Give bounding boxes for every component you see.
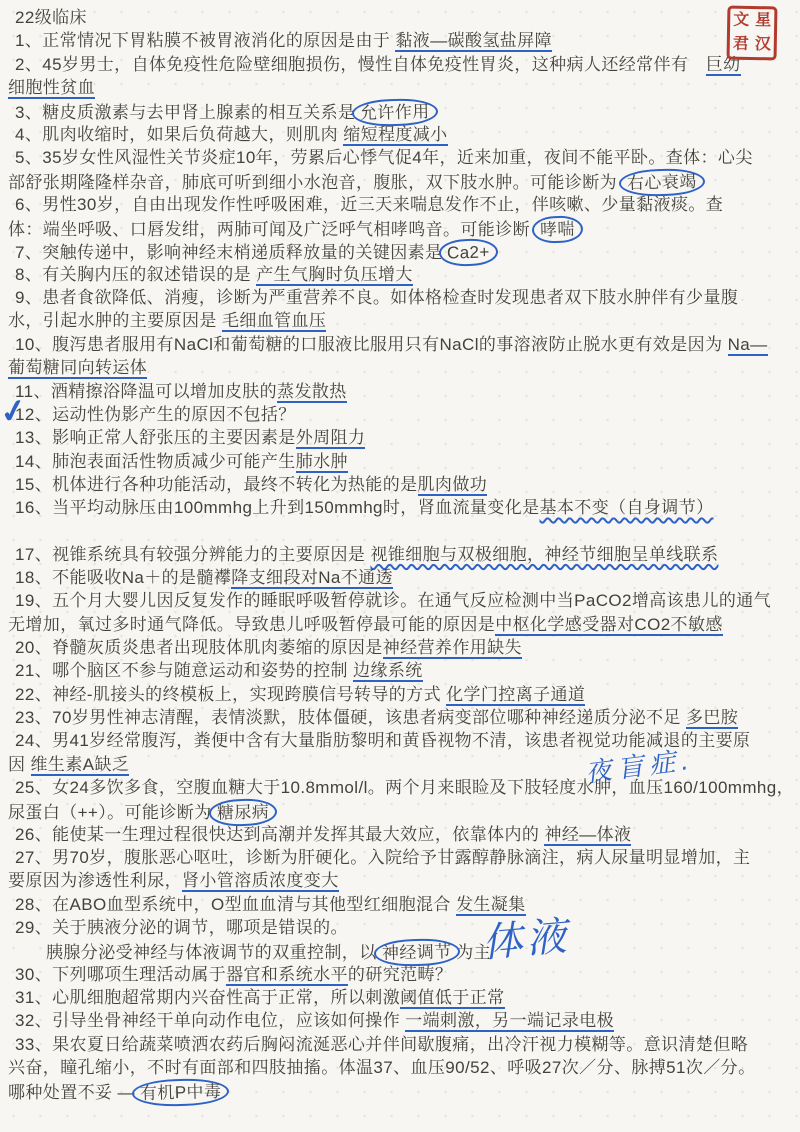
answer-underlined: 产生气胸时负压增大 [256, 265, 413, 286]
question-text: 14、肺泡表面活性物质减少可能产生 [15, 452, 296, 471]
text-line: 21、哪个脑区不参与随意运动和姿势的控制 边缘系统 [8, 659, 794, 682]
text-line: 无增加，氧过多时通气降低。导致患儿呼吸暂停最可能的原因是中枢化学感受器对CO2不… [8, 613, 794, 636]
answer-underlined: 缩短程度减小 [343, 125, 447, 146]
text-line: 25、女24多饮多食，空腹血糖大于10.8mmol/l。两个月来眼睑及下肢轻度水… [8, 776, 794, 799]
text-line: 水，引起水肿的主要原因是 毛细血管血压 [8, 309, 794, 332]
question-text: 13、影响正常人舒张压的主要因素是 [15, 428, 296, 447]
text-line: 31、心肌细胞超常期内兴奋性高于正常，所以刺激阈值低于正常 [8, 986, 794, 1009]
text-line: 兴奋，瞳孔缩小，不时有面部和四肢抽搐。体温37、血压90/52、呼吸27次／分、… [8, 1056, 794, 1079]
text-line: 23、70岁男性神志清醒，表情淡默，肢体僵硬，该患者病变部位哪种神经递质分泌不足… [8, 706, 794, 729]
answer-underlined: 降支细段对Na不通透 [231, 568, 393, 589]
question-text: 32、引导坐骨神经干单向动作电位，应该如何操作 [15, 1011, 405, 1030]
question-text: 12、运动性伪影产生的原因不包括？ [15, 405, 296, 424]
text-line: 4、肌肉收缩时，如果后负荷越大，则肌肉 缩短程度减小 [8, 123, 794, 146]
question-text: 8、有关胸内压的叙述错误的是 [15, 265, 256, 284]
question-text: 无增加，氧过多时通气降低。导致患儿呼吸暂停最可能的原因是 [8, 615, 495, 634]
question-text: 水，引起水肿的主要原因是 [8, 311, 222, 330]
text-line: 体：端坐呼吸、口唇发绀，两肺可闻及广泛呼气相哮鸣音。可能诊断 哮喘 [8, 216, 794, 239]
question-text: 33、果农夏日给蔬菜喷洒农药后胸闷流涎恶心并伴间歇腹痛，出冷汗视力模糊等。意识清… [15, 1035, 748, 1054]
question-text: 19、五个月大婴儿因反复发作的睡眠呼吸暂停就诊。在通气反应检测中当PaCO2增高… [15, 591, 771, 610]
text-line: 3、糖皮质激素与去甲肾上腺素的相互关系是允许作用 [8, 99, 794, 122]
text-line: 17、视锥系统具有较强分辨能力的主要原因是 视锥细胞与双极细胞，神经节细胞呈单线… [8, 543, 794, 566]
text-line: 30、下列哪项生理活动属于器官和系统水平的研究范畴？ [8, 963, 794, 986]
question-text: 部舒张期隆隆样杂音，肺底可听到细小水泡音，腹胀，双下肢水肿。可能诊断为 [8, 173, 622, 192]
text-line: 15、机体进行各种功能活动，最终不转化为热能的是肌肉做功 [8, 473, 794, 496]
seal-char: 文 [733, 13, 749, 29]
answer-underlined: 一端刺激，另一端记录电极 [405, 1011, 614, 1032]
text-line: 葡萄糖同向转运体 [8, 356, 794, 379]
answer-underlined: 蒸发散热 [277, 382, 347, 403]
text-line: 部舒张期隆隆样杂音，肺底可听到细小水泡音，腹胀，双下肢水肿。可能诊断为 右心衰竭 [8, 169, 794, 192]
text-line: 7、突触传递中，影响神经末梢递质释放量的关键因素是Ca2+ [8, 239, 794, 262]
question-text: 16、当平均动脉压由100mmhg上升到150mmhg时，肾血流量变化是 [15, 498, 540, 517]
seal-char: 君 [733, 37, 749, 53]
question-text: 的研究范畴？ [348, 965, 452, 984]
answer-underlined: 肺水肿 [296, 452, 348, 473]
answer-underlined: 边缘系统 [353, 661, 423, 682]
answer-underlined: 毛细血管血压 [222, 311, 326, 332]
text-line: 14、肺泡表面活性物质减少可能产生肺水肿 [8, 450, 794, 473]
question-text: 10、腹泻患者服用有NaCl和葡萄糖的口服液比服用只有NaCl的事溶液防止脱水更… [15, 335, 728, 354]
text-line: 尿蛋白（++）。可能诊断为糖尿病 [8, 799, 794, 822]
question-text: 18、不能吸收Na＋的是髓襻 [15, 568, 231, 587]
answer-underlined: 器官和系统水平 [226, 965, 348, 986]
text-line: 哪种处置不妥 —有机P中毒 [8, 1079, 794, 1102]
question-text: 26、能使某一生理过程很快达到高潮并发挥其最大效应，依靠体内的 [15, 825, 544, 844]
text-line: 16、当平均动脉压由100mmhg上升到150mmhg时，肾血流量变化是基本不变… [8, 496, 794, 519]
question-text: 2、45岁男士，自体免疫性危险壁细胞损伤，慢性自体免疫性胃炎，这种病人还经常伴有 [15, 55, 706, 74]
question-text: 9、患者食欲降低、消瘦，诊断为严重营养不良。如体格检查时发现患者双下肢水肿伴有少… [15, 288, 738, 307]
question-text: 哪种处置不妥 — [8, 1083, 135, 1102]
answer-underlined: 维生素A缺乏 [31, 755, 130, 776]
seal-char: 汉 [755, 37, 771, 53]
question-text: 30、下列哪项生理活动属于 [15, 965, 226, 984]
question-text: 5、35岁女性风湿性关节炎症10年，劳累后心悸气促4年，近来加重，夜间不能平卧。… [15, 148, 753, 167]
answer-underlined: 黏液—碳酸氢盐屏障 [395, 31, 552, 52]
text-line: 2、45岁男士，自体免疫性危险壁细胞损伤，慢性自体免疫性胃炎，这种病人还经常伴有… [8, 53, 794, 76]
text-line: 33、果农夏日给蔬菜喷洒农药后胸闷流涎恶心并伴间歇腹痛，出冷汗视力模糊等。意识清… [8, 1033, 794, 1056]
exam-notes-page: 22级临床1、正常情况下胃粘膜不被胃液消化的原因是由于 黏液—碳酸氢盐屏障2、4… [0, 0, 800, 1132]
question-text: 7、突触传递中，影响神经末梢递质释放量的关键因素是 [15, 243, 442, 262]
text-line: 22、神经-肌接头的终模板上，实现跨膜信号转导的方式 化学门控离子通道 [8, 683, 794, 706]
question-text: 15、机体进行各种功能活动，最终不转化为热能的是 [15, 475, 418, 494]
question-text: 25、女24多饮多食，空腹血糖大于10.8mmol/l。两个月来眼睑及下肢轻度水… [15, 778, 794, 797]
text-line: 11、酒精擦浴降温可以增加皮肤的蒸发散热 [8, 380, 794, 403]
answer-underlined: 神经—体液 [544, 825, 631, 846]
text-line: 1、正常情况下胃粘膜不被胃液消化的原因是由于 黏液—碳酸氢盐屏障 [8, 29, 794, 52]
answer-underlined: 阈值低于正常 [400, 988, 504, 1009]
text-line: 12、运动性伪影产生的原因不包括？ [8, 403, 794, 426]
question-text: 29、关于胰液分泌的调节，哪项是错误的。 [15, 918, 348, 937]
text-line: 27、男70岁，腹胀恶心呕吐，诊断为肝硬化。入院给予甘露醇静脉滴注，病人尿量明显… [8, 846, 794, 869]
answer-underlined: 多巴胺 [686, 708, 738, 729]
question-text: 6、男性30岁，自由出现发作性呼吸困难，近三天来喘息发作不止，伴咳嗽、少量黏液痰… [15, 195, 723, 214]
text-line: 13、影响正常人舒张压的主要因素是外周阻力 [8, 426, 794, 449]
question-text: 20、脊髓灰质炎患者出现肢体肌肉萎缩的原因是 [15, 638, 383, 657]
seal-stamp: 文星君汉 [727, 6, 778, 61]
seal-char: 星 [755, 13, 771, 29]
answer-underlined: 视锥细胞与双极细胞，神经节细胞呈单线联系 [370, 545, 718, 564]
question-text: 胰腺分泌受神经与体液调节的双重控制，以 [46, 943, 377, 962]
answer-underlined: 葡萄糖同向转运体 [8, 358, 147, 379]
answer-underlined: 肾小管溶质浓度变大 [182, 871, 339, 892]
answer-underlined: 外周阻力 [296, 428, 366, 449]
question-text: 27、男70岁，腹胀恶心呕吐，诊断为肝硬化。入院给予甘露醇静脉滴注，病人尿量明显… [15, 848, 750, 867]
text-line: 22级临床 [8, 6, 794, 29]
question-text: 3、糖皮质激素与去甲肾上腺素的相互关系是 [15, 103, 355, 122]
question-text: 21、哪个脑区不参与随意运动和姿势的控制 [15, 661, 353, 680]
question-text: 尿蛋白（++）。可能诊断为 [8, 803, 212, 822]
text-line: 18、不能吸收Na＋的是髓襻降支细段对Na不通透 [8, 566, 794, 589]
text-line: 10、腹泻患者服用有NaCl和葡萄糖的口服液比服用只有NaCl的事溶液防止脱水更… [8, 333, 794, 356]
question-text: 要原因为渗透性利尿， [8, 871, 182, 890]
question-text: 28、在ABO血型系统中，O型血血清与其他型红细胞混合 [15, 895, 456, 914]
question-text: 兴奋，瞳孔缩小，不时有面部和四肢抽搐。体温37、血压90/52、呼吸27次／分、… [8, 1058, 755, 1077]
text-line: 细胞性贫血 [8, 76, 794, 99]
question-text: 31、心肌细胞超常期内兴奋性高于正常，所以刺激 [15, 988, 400, 1007]
text-line: 胰腺分泌受神经与体液调节的双重控制，以神经调节为主 [8, 939, 794, 962]
text-line: 28、在ABO血型系统中，O型血血清与其他型红细胞混合 发生凝集 [8, 893, 794, 916]
question-text: 17、视锥系统具有较强分辨能力的主要原因是 [15, 545, 370, 564]
text-line: 5、35岁女性风湿性关节炎症10年，劳累后心悸气促4年，近来加重，夜间不能平卧。… [8, 146, 794, 169]
text-line: 20、脊髓灰质炎患者出现肢体肌肉萎缩的原因是神经营养作用缺失 [8, 636, 794, 659]
answer-underlined: 肌肉做功 [418, 475, 488, 496]
document-lines: 22级临床1、正常情况下胃粘膜不被胃液消化的原因是由于 黏液—碳酸氢盐屏障2、4… [8, 6, 794, 1103]
answer-circled: 有机P中毒 [132, 1078, 230, 1108]
text-line: 6、男性30岁，自由出现发作性呼吸困难，近三天来喘息发作不止，伴咳嗽、少量黏液痰… [8, 193, 794, 216]
answer-underlined: 基本不变（自身调节） [540, 498, 714, 517]
text-line: 29、关于胰液分泌的调节，哪项是错误的。 [8, 916, 794, 939]
answer-underlined: Na— [728, 335, 768, 356]
text-line: 8、有关胸内压的叙述错误的是 产生气胸时负压增大 [8, 263, 794, 286]
question-text: 22级临床 [15, 8, 87, 27]
text-line: 19、五个月大婴儿因反复发作的睡眠呼吸暂停就诊。在通气反应检测中当PaCO2增高… [8, 589, 794, 612]
question-text: 4、肌肉收缩时，如果后负荷越大，则肌肉 [15, 125, 343, 144]
question-text: 体：端坐呼吸、口唇发绀，两肺可闻及广泛呼气相哮鸣音。可能诊断 [8, 220, 535, 239]
text-line: 9、患者食欲降低、消瘦，诊断为严重营养不良。如体格检查时发现患者双下肢水肿伴有少… [8, 286, 794, 309]
answer-underlined: 神经营养作用缺失 [383, 638, 522, 659]
question-text: 22、神经-肌接头的终模板上，实现跨膜信号转导的方式 [15, 685, 446, 704]
question-text: 23、70岁男性神志清醒，表情淡默，肢体僵硬，该患者病变部位哪种神经递质分泌不足 [15, 708, 686, 727]
text-line: 要原因为渗透性利尿，肾小管溶质浓度变大 [8, 869, 794, 892]
question-text: 11、酒精擦浴降温可以增加皮肤的 [15, 382, 277, 401]
answer-underlined: 中枢化学感受器对CO2不敏感 [495, 615, 723, 636]
handwritten-note-tiye: 体液 [480, 904, 573, 968]
question-text: 1、正常情况下胃粘膜不被胃液消化的原因是由于 [15, 31, 395, 50]
text-line: 32、引导坐骨神经干单向动作电位，应该如何操作 一端刺激，另一端记录电极 [8, 1009, 794, 1032]
answer-underlined: 细胞性贫血 [8, 78, 95, 99]
question-text: 因 [8, 755, 31, 774]
answer-underlined: 化学门控离子通道 [446, 685, 585, 706]
section-gap [8, 520, 794, 543]
text-line: 26、能使某一生理过程很快达到高潮并发挥其最大效应，依靠体内的 神经—体液 [8, 823, 794, 846]
